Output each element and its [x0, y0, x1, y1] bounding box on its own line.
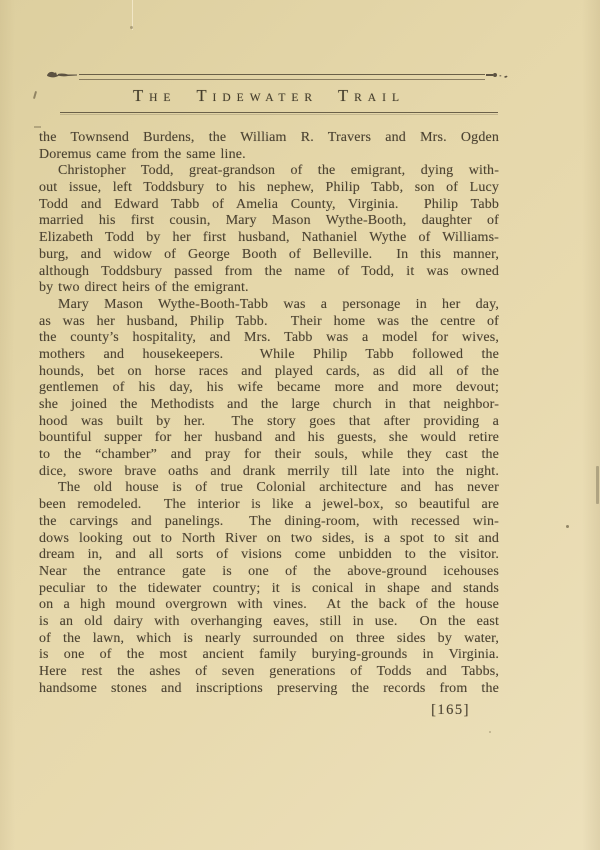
scan-artifact-tick — [33, 91, 37, 99]
text-line: hounds, bet on horse races and played ca… — [39, 364, 499, 381]
text-line: been remodeled. The interior is like a j… — [39, 497, 499, 514]
text-line: the county’s hospitality, and Mrs. Tabb … — [39, 330, 499, 347]
text-line: The old house is of true Colonial archit… — [39, 480, 499, 497]
title-underline — [60, 112, 498, 113]
text-line: Mary Mason Wythe-Booth-Tabb was a person… — [39, 297, 499, 314]
scroll-flourish-icon — [46, 68, 78, 86]
text-line: although Toddsbury passed from the name … — [39, 264, 499, 281]
text-line: dice, swore brave oaths and drank merril… — [39, 464, 499, 481]
page-title: The Tidewater Trail — [39, 86, 499, 106]
body-text: the Townsend Burdens, the William R. Tra… — [39, 130, 499, 697]
title-word: Trail — [338, 86, 405, 106]
title-word: Tidewater — [196, 86, 318, 106]
text-line: hood was built by her. The story goes th… — [39, 414, 499, 431]
header-rule — [46, 71, 508, 83]
text-line: is an old dairy with overhanging eaves, … — [39, 614, 499, 631]
text-line: married his first cousin, Mary Mason Wyt… — [39, 213, 499, 230]
text-line: to the “chamber” and pray for their soul… — [39, 447, 499, 464]
text-line: mothers and housekeepers. While Philip T… — [39, 347, 499, 364]
text-line: dream in, and all sorts of visions come … — [39, 547, 499, 564]
text-line: the carvings and panelings. The dining-r… — [39, 514, 499, 531]
text-line: handsome stones and inscriptions preserv… — [39, 681, 499, 698]
text-line: is one of the most ancient family buryin… — [39, 647, 499, 664]
title-word: The — [133, 86, 176, 106]
text-line: Here rest the ashes of seven generations… — [39, 664, 499, 681]
text-line: as was her husband, Philip Tabb. Their h… — [39, 314, 499, 331]
text-line: on a high mound overgrown with vines. At… — [39, 597, 499, 614]
text-line: gentlemen of his day, his wife became mo… — [39, 380, 499, 397]
page-number: [165] — [39, 702, 470, 719]
text-line: of the lawn, which is nearly surrounded … — [39, 631, 499, 648]
text-line: Near the entrance gate is one of the abo… — [39, 564, 499, 581]
scan-artifact-folio-speck — [489, 731, 491, 733]
text-line: burg, and widow of George Booth of Belle… — [39, 247, 499, 264]
text-line: bountiful supper for her husband and his… — [39, 430, 499, 447]
text-line: peculiar to the tidewater country; it is… — [39, 581, 499, 598]
text-line: she joined the Methodists and the large … — [39, 397, 499, 414]
text-line: out issue, left Toddsbury to his nephew,… — [39, 180, 499, 197]
scan-artifact-dot — [130, 26, 133, 29]
book-page-scan: The Tidewater Trail the Townsend Burdens… — [0, 0, 600, 850]
scan-artifact-scratch — [132, 0, 133, 30]
text-line: the Townsend Burdens, the William R. Tra… — [39, 130, 499, 147]
text-line: Todd and Edward Tabb of Amelia County, V… — [39, 197, 499, 214]
double-rule-line — [79, 74, 485, 80]
text-line: Christopher Todd, great-grandson of the … — [39, 163, 499, 180]
text-line: by two direct heirs of the emigrant. — [39, 280, 499, 297]
text-line: Doremus came from the same line. — [39, 147, 499, 164]
scroll-tail-icon — [486, 68, 508, 86]
scan-artifact-dash — [34, 126, 41, 128]
text-line: Elizabeth Todd by her first husband, Nat… — [39, 230, 499, 247]
text-line: dows looking out to North River on two s… — [39, 531, 499, 548]
scan-artifact-edge-sliver — [596, 466, 599, 504]
scan-artifact-speck — [566, 525, 569, 528]
